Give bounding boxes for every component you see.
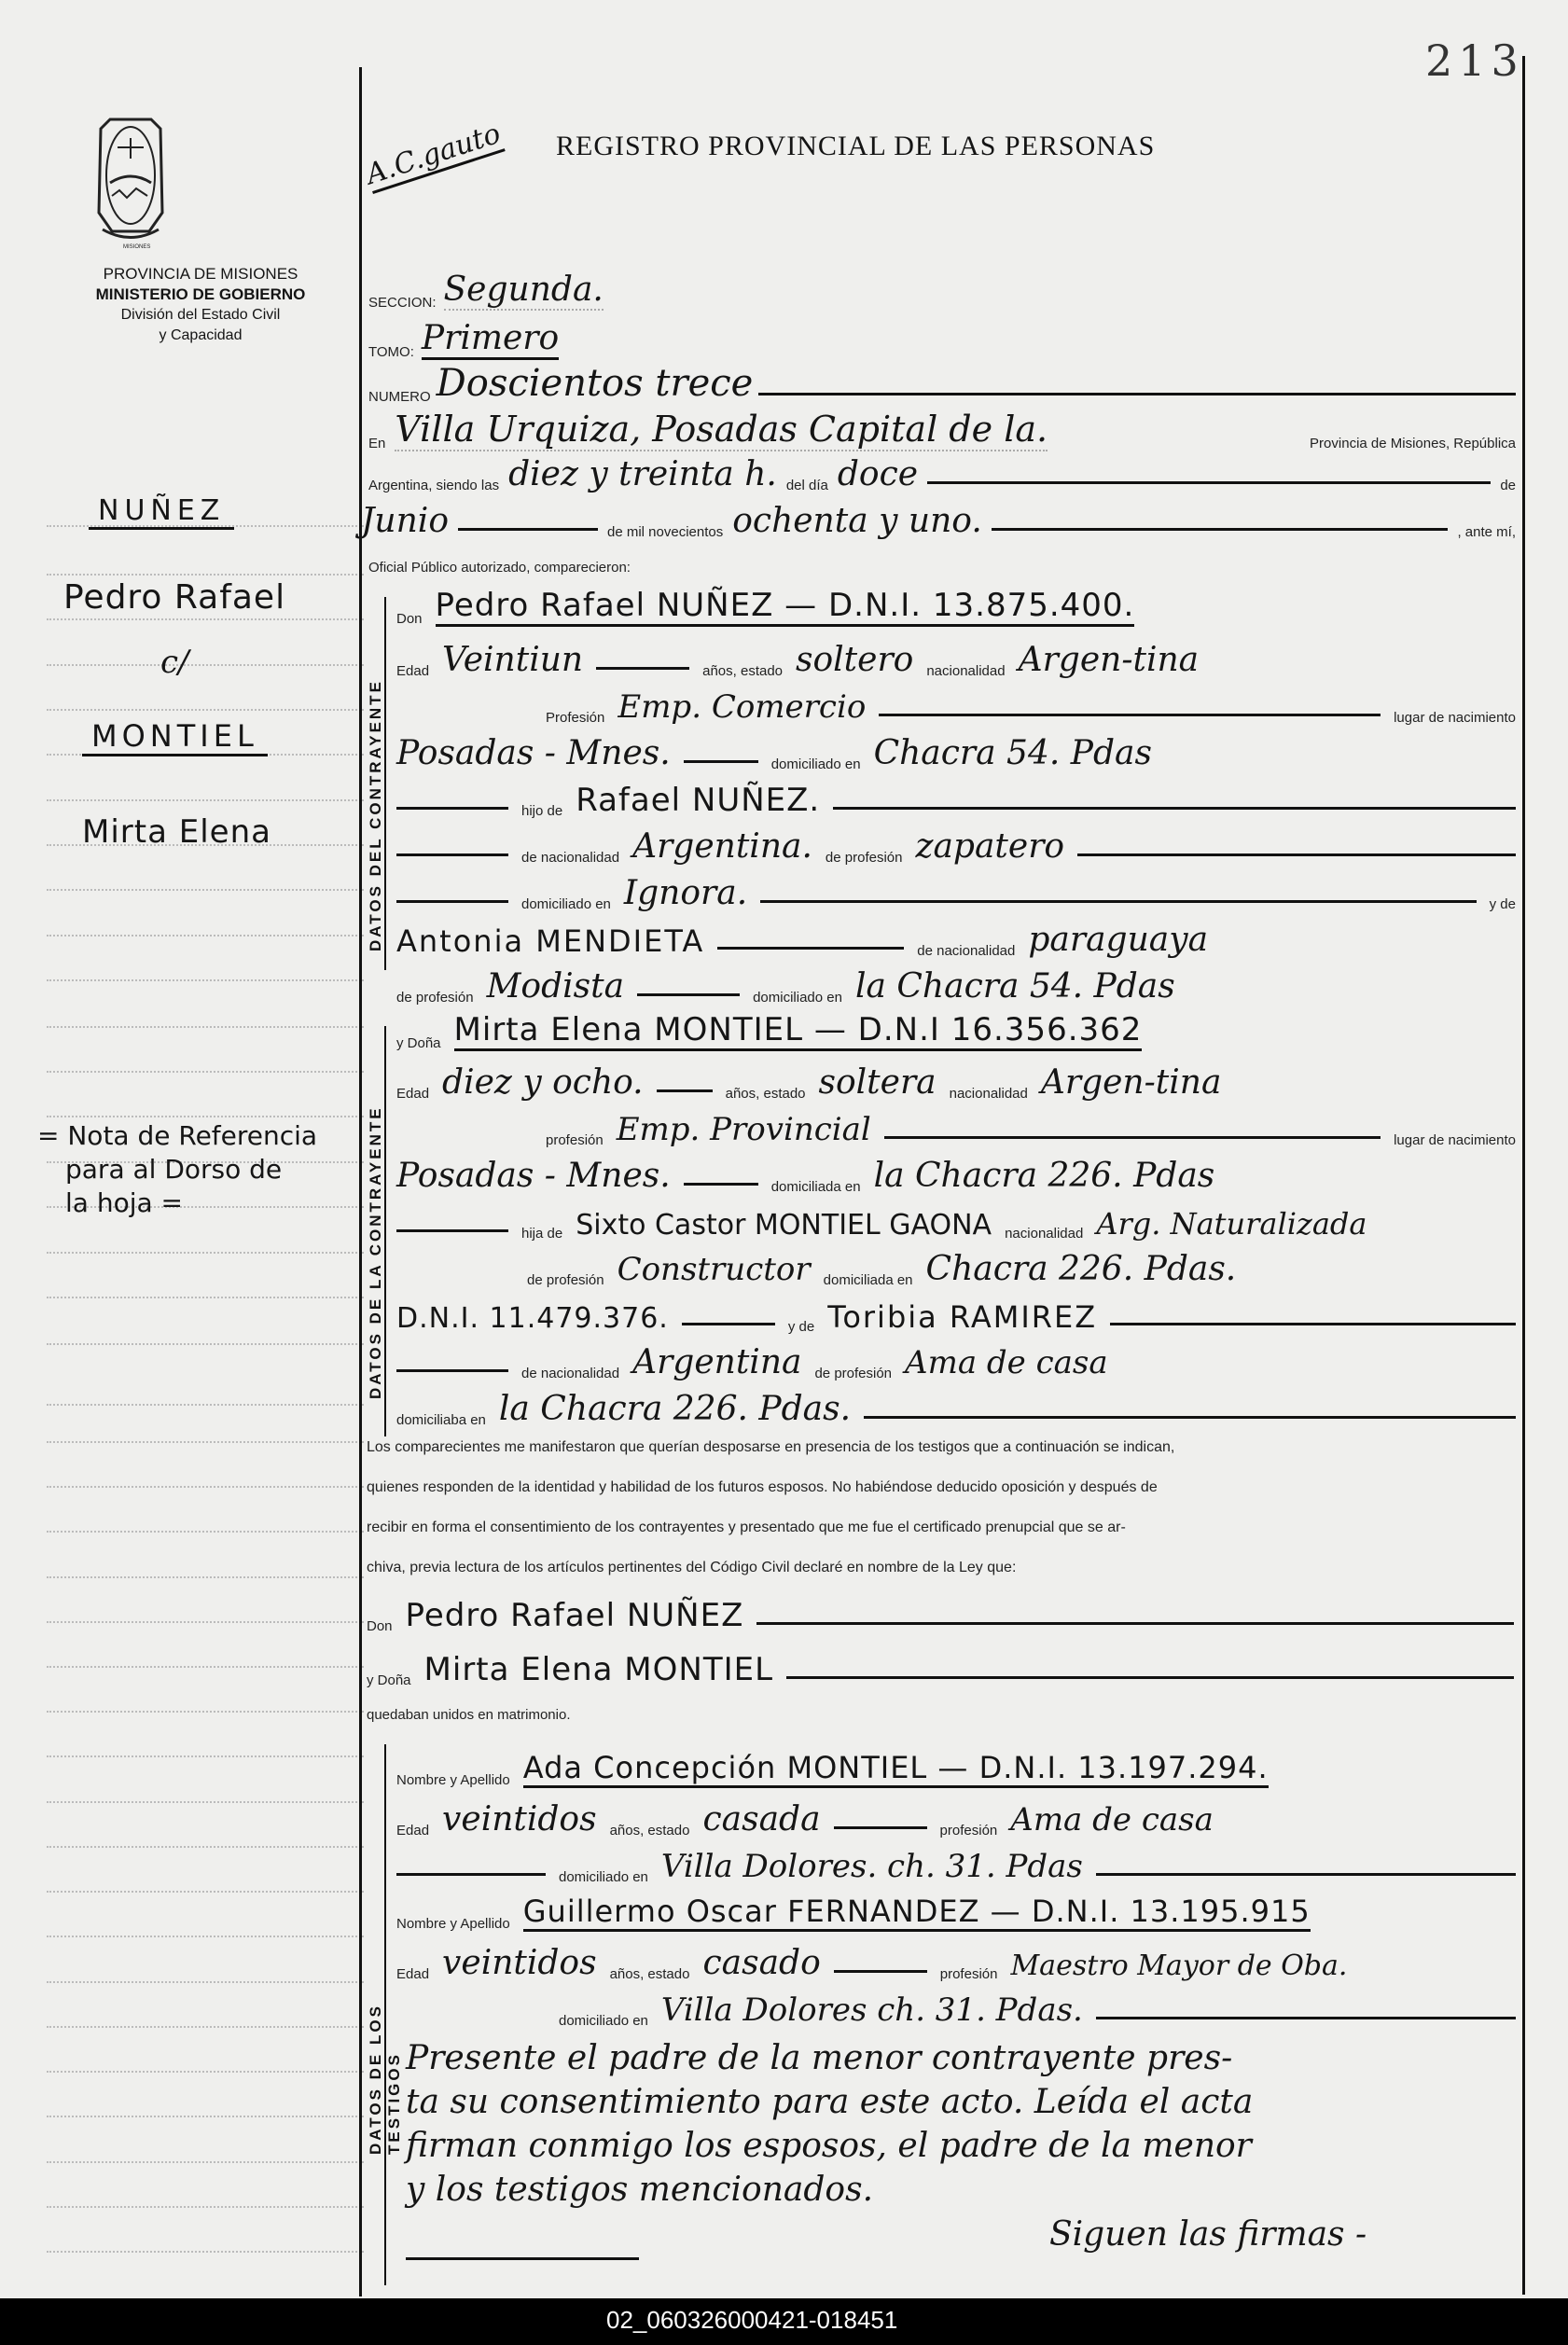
bride-age: diez y ocho. [442,1063,644,1102]
bride-lugar: Posadas - Mnes. [396,1157,671,1195]
de-label: de [1500,478,1516,493]
tomo-label: TOMO: [368,344,414,360]
month-value: Junio [361,502,449,540]
registrar-annotation: A.C.gauto [362,118,506,194]
groom-estado: soltero [796,641,913,679]
org-line-ministry: MINISTERIO DE GOBIERNO [47,284,354,305]
witness2-domicilio: Villa Dolores ch. 31. Pdas. [661,1991,1083,2029]
day-value: doce [838,455,918,493]
numero-value: Doscientos trece [437,362,754,405]
groom-age: Veintiun [442,641,583,679]
declaration-line-3: recibir en forma el consentimiento de lo… [367,1507,1519,1547]
numero-label: NUMERO [368,389,431,405]
groom-lugar: Posadas - Mnes. [396,734,671,772]
year-label: de mil novecientos [607,524,723,540]
right-frame-line [1522,56,1525,2295]
provincial-seal-icon [93,110,168,245]
remark-line-3: firman conmigo los esposos, el padre de … [406,2124,1253,2168]
ante-label: , ante mí, [1457,524,1516,540]
groom-mother-dom: la Chacra 54. Pdas [855,967,1175,1006]
left-frame-line [359,67,362,2296]
groom-section-label: DATOS DEL CONTRAYENTE [367,672,385,951]
witness1-name: Ada Concepción MONTIEL — D.N.I. 13.197.2… [523,1750,1269,1788]
witness-remarks: Presente el padre de la menor contrayent… [406,2036,1253,2212]
sidebar-given-2: Mirta Elena [82,813,271,851]
note-line-1: = Nota de Referencia [37,1119,317,1153]
groom-mother-nac: paraguaya [1028,921,1208,959]
don-label: Don [396,611,423,627]
decl-dona-label: y Doña [367,1672,411,1688]
sidebar-surname-2: MONTIEL [82,718,268,756]
organization-block: PROVINCIA DE MISIONES MINISTERIO DE GOBI… [47,264,354,346]
sidebar-connector: c/ [160,644,189,681]
groom-domicilio: Chacra 54. Pdas [874,734,1152,772]
witness2-name-label: Nombre y Apellido [396,1916,510,1932]
seal-label: MISIONES [123,244,150,250]
witness2-name: Guillermo Oscar FERNANDEZ — D.N.I. 13.19… [523,1894,1311,1932]
sidebar-surname-1: NUÑEZ [89,494,234,530]
bride-section: y Doña Mirta Elena MONTIEL — D.N.I 16.35… [396,1003,1516,1432]
seccion-label: SECCION: [368,295,437,311]
place-value: Villa Urquiza, Posadas Capital de la. [395,409,1048,451]
bride-domicilio: la Chacra 226. Pdas [874,1157,1215,1195]
bride-profesion: Emp. Provincial [617,1111,871,1148]
bride-father: Sixto Castor MONTIEL GAONA [576,1209,992,1242]
groom-mother-prof: Modista [487,967,625,1006]
remark-line-1: Presente el padre de la menor contrayent… [406,2036,1253,2080]
oficial-label: Oficial Público autorizado, compareciero… [368,560,631,576]
sidebar-given-1: Pedro Rafael [63,578,285,617]
groom-section: Don Pedro Rafael NUÑEZ — D.N.I. 13.875.4… [396,578,1516,1007]
bride-father-dni: D.N.I. 11.479.376. [396,1302,669,1335]
groom-profesion: Emp. Comercio [617,688,866,726]
dona-label: y Doña [396,1035,441,1051]
witness2-profesion: Maestro Mayor de Oba. [1010,1950,1347,1982]
witness2-dom-label: domiciliado en [559,2013,648,2029]
decl-groom: Pedro Rafael NUÑEZ [406,1597,744,1634]
bride-father-dom: Chacra 226. Pdas. [926,1250,1237,1288]
declaration-line-2: quienes responden de la identidad y habi… [367,1467,1519,1507]
witness1-domicilio: Villa Dolores. ch. 31. Pdas [661,1848,1083,1885]
hour-value: diez y treinta h. [508,455,777,493]
page-number: 213 [1425,35,1524,86]
witness2-estado: casado [702,1944,820,1982]
del-dia-label: del día [786,478,828,493]
declaration-line-1: Los comparecientes me manifestaron que q… [367,1427,1519,1467]
bride-mother-dom: la Chacra 226. Pdas. [499,1390,851,1428]
groom-name: Pedro Rafael NUÑEZ — D.N.I. 13.875.400. [436,587,1135,627]
note-line-3: la hoja = [37,1186,317,1220]
document-id-bar: 02_060326000421-018451 [0,2298,1568,2345]
signature-note: Siguen las firmas - [1049,2215,1367,2254]
bride-section-label: DATOS DE LA CONTRAYENTE [367,1101,385,1399]
tomo-value: Primero [422,319,559,360]
org-line-division: División del Estado Civil [47,305,354,326]
bride-name: Mirta Elena MONTIEL — D.N.I 16.356.362 [454,1011,1143,1051]
note-line-2: para al Dorso de [37,1153,317,1186]
groom-father-nac: Argentina. [632,827,812,866]
decl-don-label: Don [367,1618,393,1634]
org-line-capacity: y Capacidad [47,326,354,346]
closing-text: quedaban unidos en matrimonio. [367,1707,570,1723]
argentina-label: Argentina, siendo las [368,478,499,493]
bride-mother-prof: Ama de casa [905,1344,1108,1381]
sidebar-reference-note: = Nota de Referencia para al Dorso de la… [37,1119,317,1220]
groom-father: Rafael NUÑEZ. [576,782,820,819]
declaration-line-4: chiva, previa lectura de los artículos p… [367,1547,1519,1588]
bride-nacionalidad: Argen-tina [1041,1063,1222,1102]
remark-line-2: ta su consentimiento para este acto. Leí… [406,2080,1253,2124]
witness1-age: veintidos [442,1800,597,1839]
witnesses-section: Nombre y Apellido Ada Concepción MONTIEL… [396,1740,1516,2299]
mdom-label: domiciliaba en [396,1412,486,1428]
bride-father-prof: Constructor [617,1251,811,1288]
groom-father-dom: Ignora. [624,874,747,912]
witness1-estado: casada [702,1800,820,1839]
witness1-name-label: Nombre y Apellido [396,1772,510,1788]
province-text: Provincia de Misiones, República [1310,436,1516,451]
document-id: 02_060326000421-018451 [606,2306,897,2335]
remark-line-4: y los testigos mencionados. [406,2168,1253,2212]
seccion-value: Segunda. [444,271,604,311]
witness2-age: veintidos [442,1944,597,1982]
en-label: En [368,436,385,451]
org-line-province: PROVINCIA DE MISIONES [47,264,354,284]
bride-mother: Toribia RAMIREZ [827,1299,1097,1335]
groom-father-prof: zapatero [915,827,1064,866]
document-title: REGISTRO PROVINCIAL DE LAS PERSONAS [556,131,1155,162]
year-value: ochenta y uno. [732,502,982,540]
witness1-profesion: Ama de casa [1010,1801,1214,1839]
groom-nacionalidad: Argen-tina [1019,641,1200,679]
bride-mother-nac: Argentina [632,1343,801,1381]
decl-bride: Mirta Elena MONTIEL [424,1651,774,1688]
bride-father-nac: Arg. Naturalizada [1096,1206,1367,1242]
bride-estado: soltera [819,1063,937,1102]
groom-mother: Antonia MENDIETA [396,923,704,959]
declaration-paragraph: Los comparecientes me manifestaron que q… [367,1427,1519,1588]
